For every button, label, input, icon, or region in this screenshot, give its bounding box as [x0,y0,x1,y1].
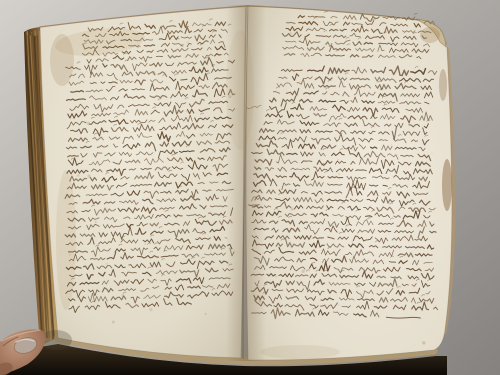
fox-spot [391,144,392,145]
photo-of-open-manuscript: Open antique manuscript book with two pa… [0,0,500,375]
stain [50,34,74,86]
stain [56,170,76,310]
pen-stroke [371,147,377,148]
fox-spot [422,341,425,344]
fox-spot [186,41,189,44]
fox-spot [87,122,91,126]
fox-spot [112,321,115,324]
fox-spot [337,159,338,160]
fox-spot [228,95,231,98]
manuscript-photo: Open antique manuscript book with two pa… [0,0,500,375]
fox-spot [275,276,277,278]
pen-stroke [225,238,227,239]
fox-spot [124,75,125,76]
stain [442,159,452,211]
fox-spot [204,313,207,316]
stain [420,27,440,43]
fox-spot [291,207,294,210]
fox-spot [218,175,220,177]
fox-spot [69,254,71,256]
fox-spot [144,243,146,245]
fox-spot [431,152,433,154]
fox-spot [338,173,340,175]
fox-spot [105,262,108,265]
fox-spot [77,174,79,176]
stain [439,69,447,101]
stain [260,345,340,359]
fox-spot [149,308,152,311]
pen-stroke [181,79,187,80]
fox-spot [95,221,97,223]
fox-spot [301,270,304,273]
fox-spot [338,304,340,306]
